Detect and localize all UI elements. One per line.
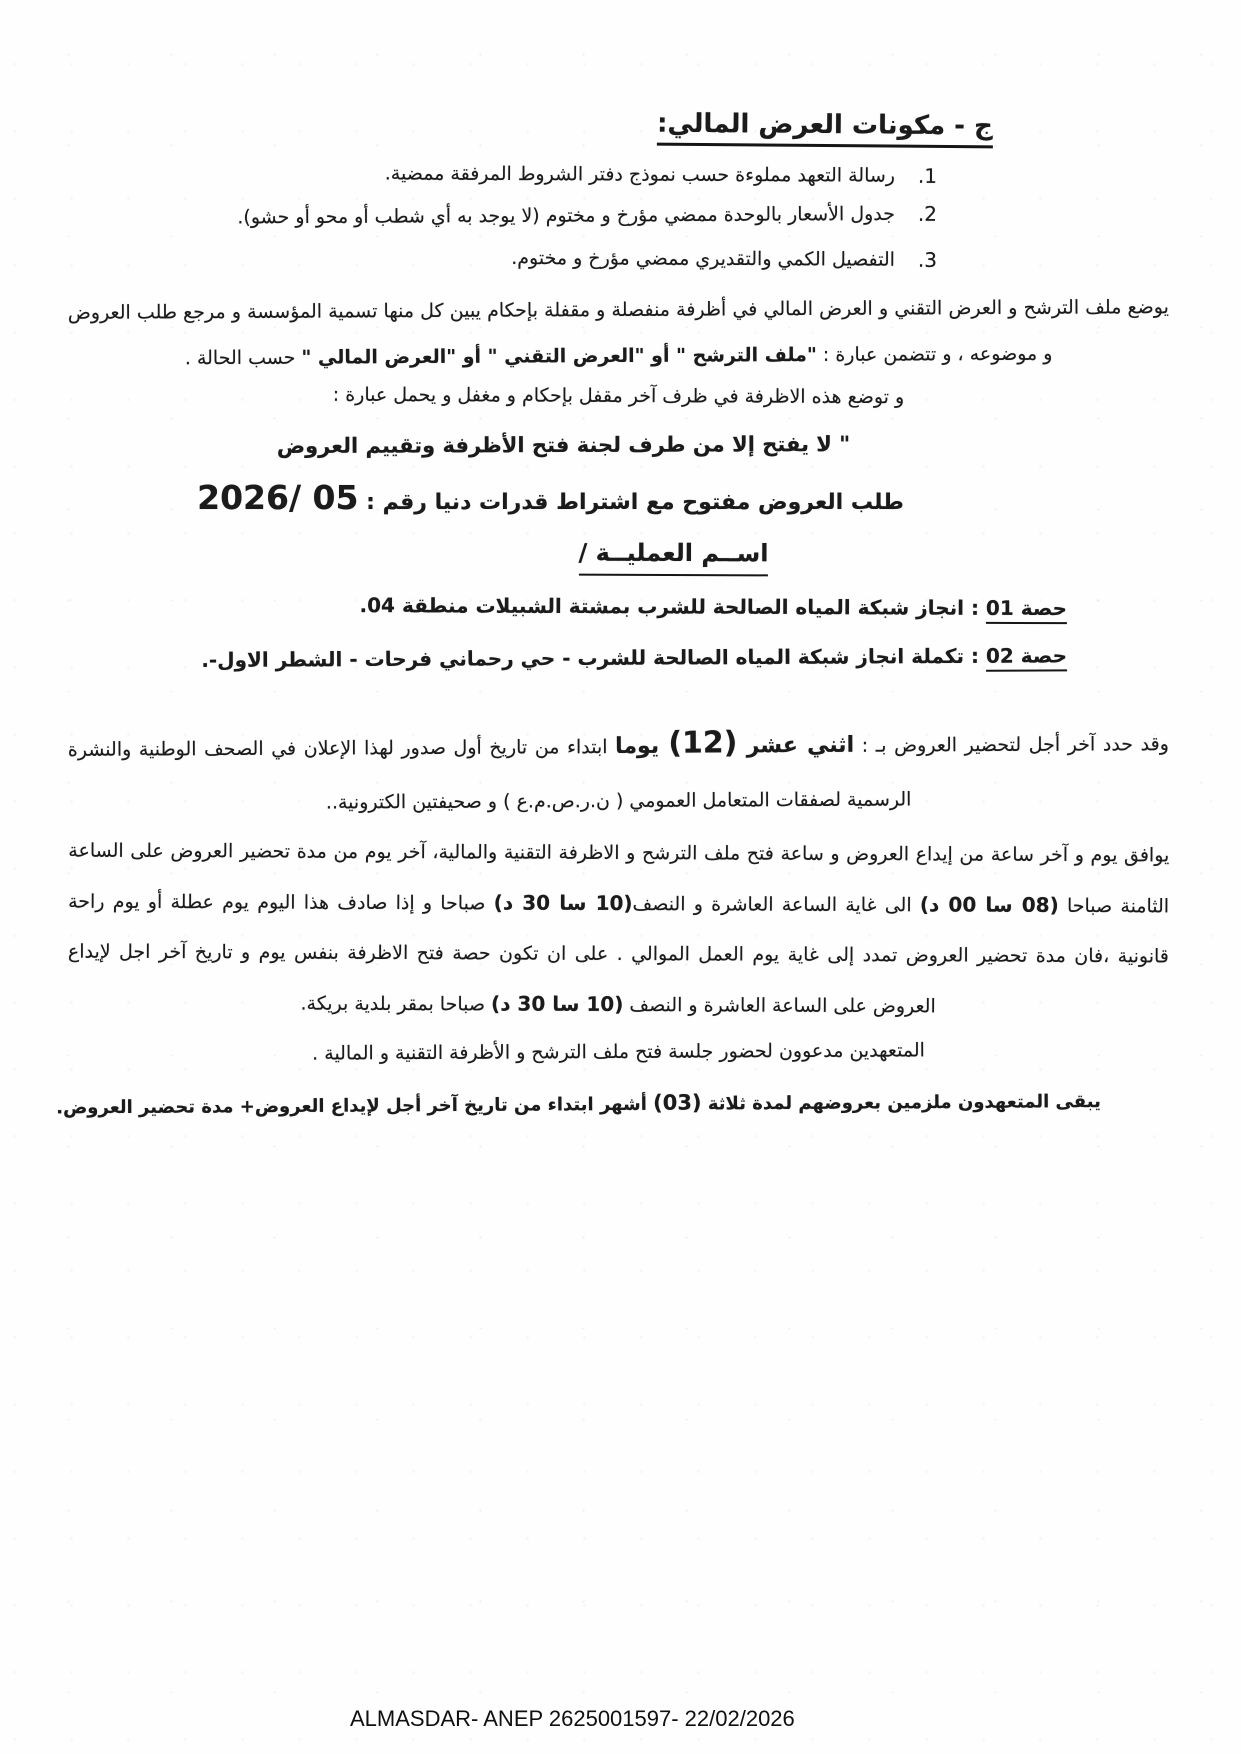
list-item-number: 3.	[913, 245, 937, 275]
list-item-text: رسالة التعهد مملوءة حسب نموذج دفتر الشرو…	[385, 158, 895, 190]
deadline-days-word: يوما	[615, 734, 668, 759]
schedule-time-1030-a: (10 سا 30 د)	[494, 890, 633, 915]
offer-validity-line: يبقى المتعهدون ملزمين بعروضهم لمدة ثلاثة…	[28, 1088, 1129, 1119]
section-heading-financial-offer-components: ج - مكونات العرض المالي:	[657, 109, 993, 149]
deadline-days-number: (12)	[668, 725, 737, 760]
lot-1-label: حصة 01	[986, 596, 1067, 624]
sealed-envelope-phrase: " لا يفتح إلا من طرف لجنة فتح الأظرفة وت…	[13, 431, 1114, 459]
deposit-schedule-paragraph: يوافق يوم و آخر ساعة من إيداع العروض و س…	[68, 826, 1170, 1033]
envelopes-paragraph: يوضع ملف الترشح و العرض التقني و العرض ا…	[68, 284, 1169, 382]
validity-months-number: (03)	[653, 1090, 702, 1114]
schedule-time-0800: (08 سا 00 د)	[920, 892, 1059, 917]
deadline-text-start: وقد حدد آخر أجل لتحضير العروض بـ :	[854, 733, 1169, 757]
list-item-text: التفصيل الكمي والتقديري ممضي مؤرخ و مختو…	[511, 243, 895, 275]
deadline-duration-words: اثني عشر	[737, 733, 854, 759]
attendance-invitation-line: المتعهدين مدعوون لحضور جلسة فتح ملف التر…	[68, 1029, 1169, 1075]
scanned-document-page: ج - مكونات العرض المالي: 1. رسالة التعهد…	[0, 0, 1241, 1754]
list-item: 3. التفصيل الكمي والتقديري ممضي مؤرخ و م…	[68, 241, 937, 275]
list-item-number: 2.	[913, 199, 937, 229]
operation-name-heading: اســم العمليــة /	[123, 537, 1224, 569]
anep-reference-footer: ALMASDAR- ANEP 2625001597- 22/02/2026	[350, 1706, 795, 1732]
lot-2-text: : تكملة انجاز شبكة المياه الصالحة للشرب …	[201, 644, 986, 672]
list-item: 2. جدول الأسعار بالوحدة ممضي مؤرخ و مختو…	[68, 199, 937, 234]
tender-number: 2026/ 05	[197, 478, 358, 517]
schedule-time-1030-b: (10 سا 30 د)	[491, 991, 623, 1016]
outer-envelope-line: و توضع هذه الاظرفة في ظرف آخر مقفل بإحكا…	[68, 383, 1169, 410]
validity-text-start: يبقى المتعهدون ملزمين بعروضهم لمدة ثلاثة	[702, 1091, 1101, 1114]
list-item-number: 1.	[913, 161, 937, 191]
lot-1-line: حصة 01 : انجاز شبكة المياه الصالحة للشرب…	[68, 589, 1067, 623]
tender-notice-body: ج - مكونات العرض المالي: 1. رسالة التعهد…	[0, 0, 1241, 1754]
envelopes-text-end: حسب الحالة .	[185, 347, 302, 370]
operation-name-underlined: اســم العمليــة /	[578, 539, 768, 577]
envelopes-quoted-labels: "ملف الترشح " أو "العرض التقني " أو "الع…	[301, 344, 816, 369]
tender-colon: :	[366, 490, 375, 515]
validity-text-end: أشهر ابتداء من تاريخ آخر أجل لإيداع العر…	[56, 1094, 653, 1119]
lot-2-line: حصة 02 : تكملة انجاز شبكة المياه الصالحة…	[68, 640, 1067, 675]
schedule-text-2: الى غاية الساعة العاشرة و النصف	[633, 893, 920, 916]
list-item-text: جدول الأسعار بالوحدة ممضي مؤرخ و مختوم (…	[237, 199, 895, 232]
schedule-text-4: صباحا بمقر بلدية بريكة.	[300, 993, 491, 1016]
lot-2-label: حصة 02	[986, 643, 1067, 671]
preparation-deadline-paragraph: وقد حدد آخر أجل لتحضير العروض بـ : اثني …	[68, 714, 1170, 831]
tender-label: طلب العروض مفتوح مع اشتراط قدرات دنيا رق…	[375, 490, 904, 515]
list-item: 1. رسالة التعهد مملوءة حسب نموذج دفتر ال…	[68, 157, 937, 191]
tender-number-line: طلب العروض مفتوح مع اشتراط قدرات دنيا رق…	[0, 478, 1101, 517]
lot-1-text: : انجاز شبكة المياه الصالحة للشرب بمشتة …	[360, 593, 986, 620]
